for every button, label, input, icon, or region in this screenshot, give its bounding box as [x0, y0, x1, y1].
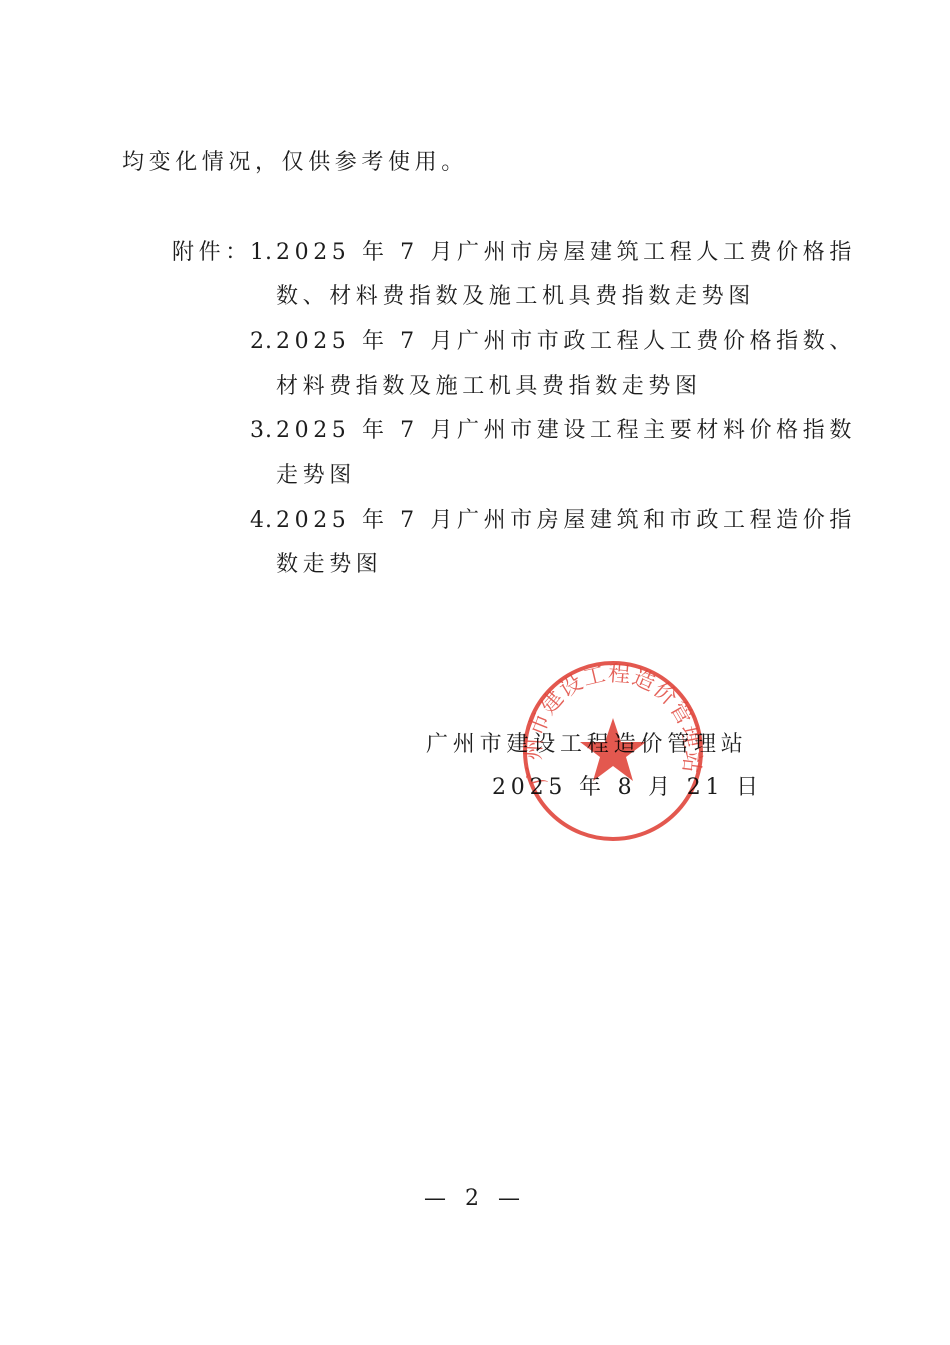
- attachment-number: 3.: [250, 416, 273, 446]
- attachment-title-line1: 2025 年 7 月广州市市政工程人工费价格指数、: [276, 327, 856, 357]
- signing-date: 2025 年 8 月 21 日: [492, 773, 763, 803]
- seal-text: 广州市建设工程造价管理站: [521, 661, 704, 787]
- opening-paragraph-line: 均变化情况，仅供参考使用。: [122, 148, 468, 178]
- attachment-title-line2: 数走势图: [276, 550, 382, 580]
- attachment-title-line1: 2025 年 7 月广州市建设工程主要材料价格指数: [276, 416, 856, 446]
- attachment-number: 1.: [250, 238, 273, 268]
- attachments-label: 附件：: [172, 238, 252, 268]
- attachment-title-line1: 2025 年 7 月广州市房屋建筑和市政工程造价指: [276, 506, 856, 536]
- attachment-title-line2: 数、材料费指数及施工机具费指数走势图: [276, 282, 755, 312]
- attachment-number: 2.: [250, 327, 273, 357]
- page-number: — 2 —: [0, 1184, 950, 1214]
- attachment-title-line1: 2025 年 7 月广州市房屋建筑工程人工费价格指: [276, 238, 856, 268]
- attachment-number: 4.: [250, 506, 273, 536]
- attachment-title-line2: 走势图: [276, 461, 356, 491]
- signing-organization: 广州市建设工程造价管理站: [426, 730, 748, 760]
- attachment-title-line2: 材料费指数及施工机具费指数走势图: [276, 372, 702, 402]
